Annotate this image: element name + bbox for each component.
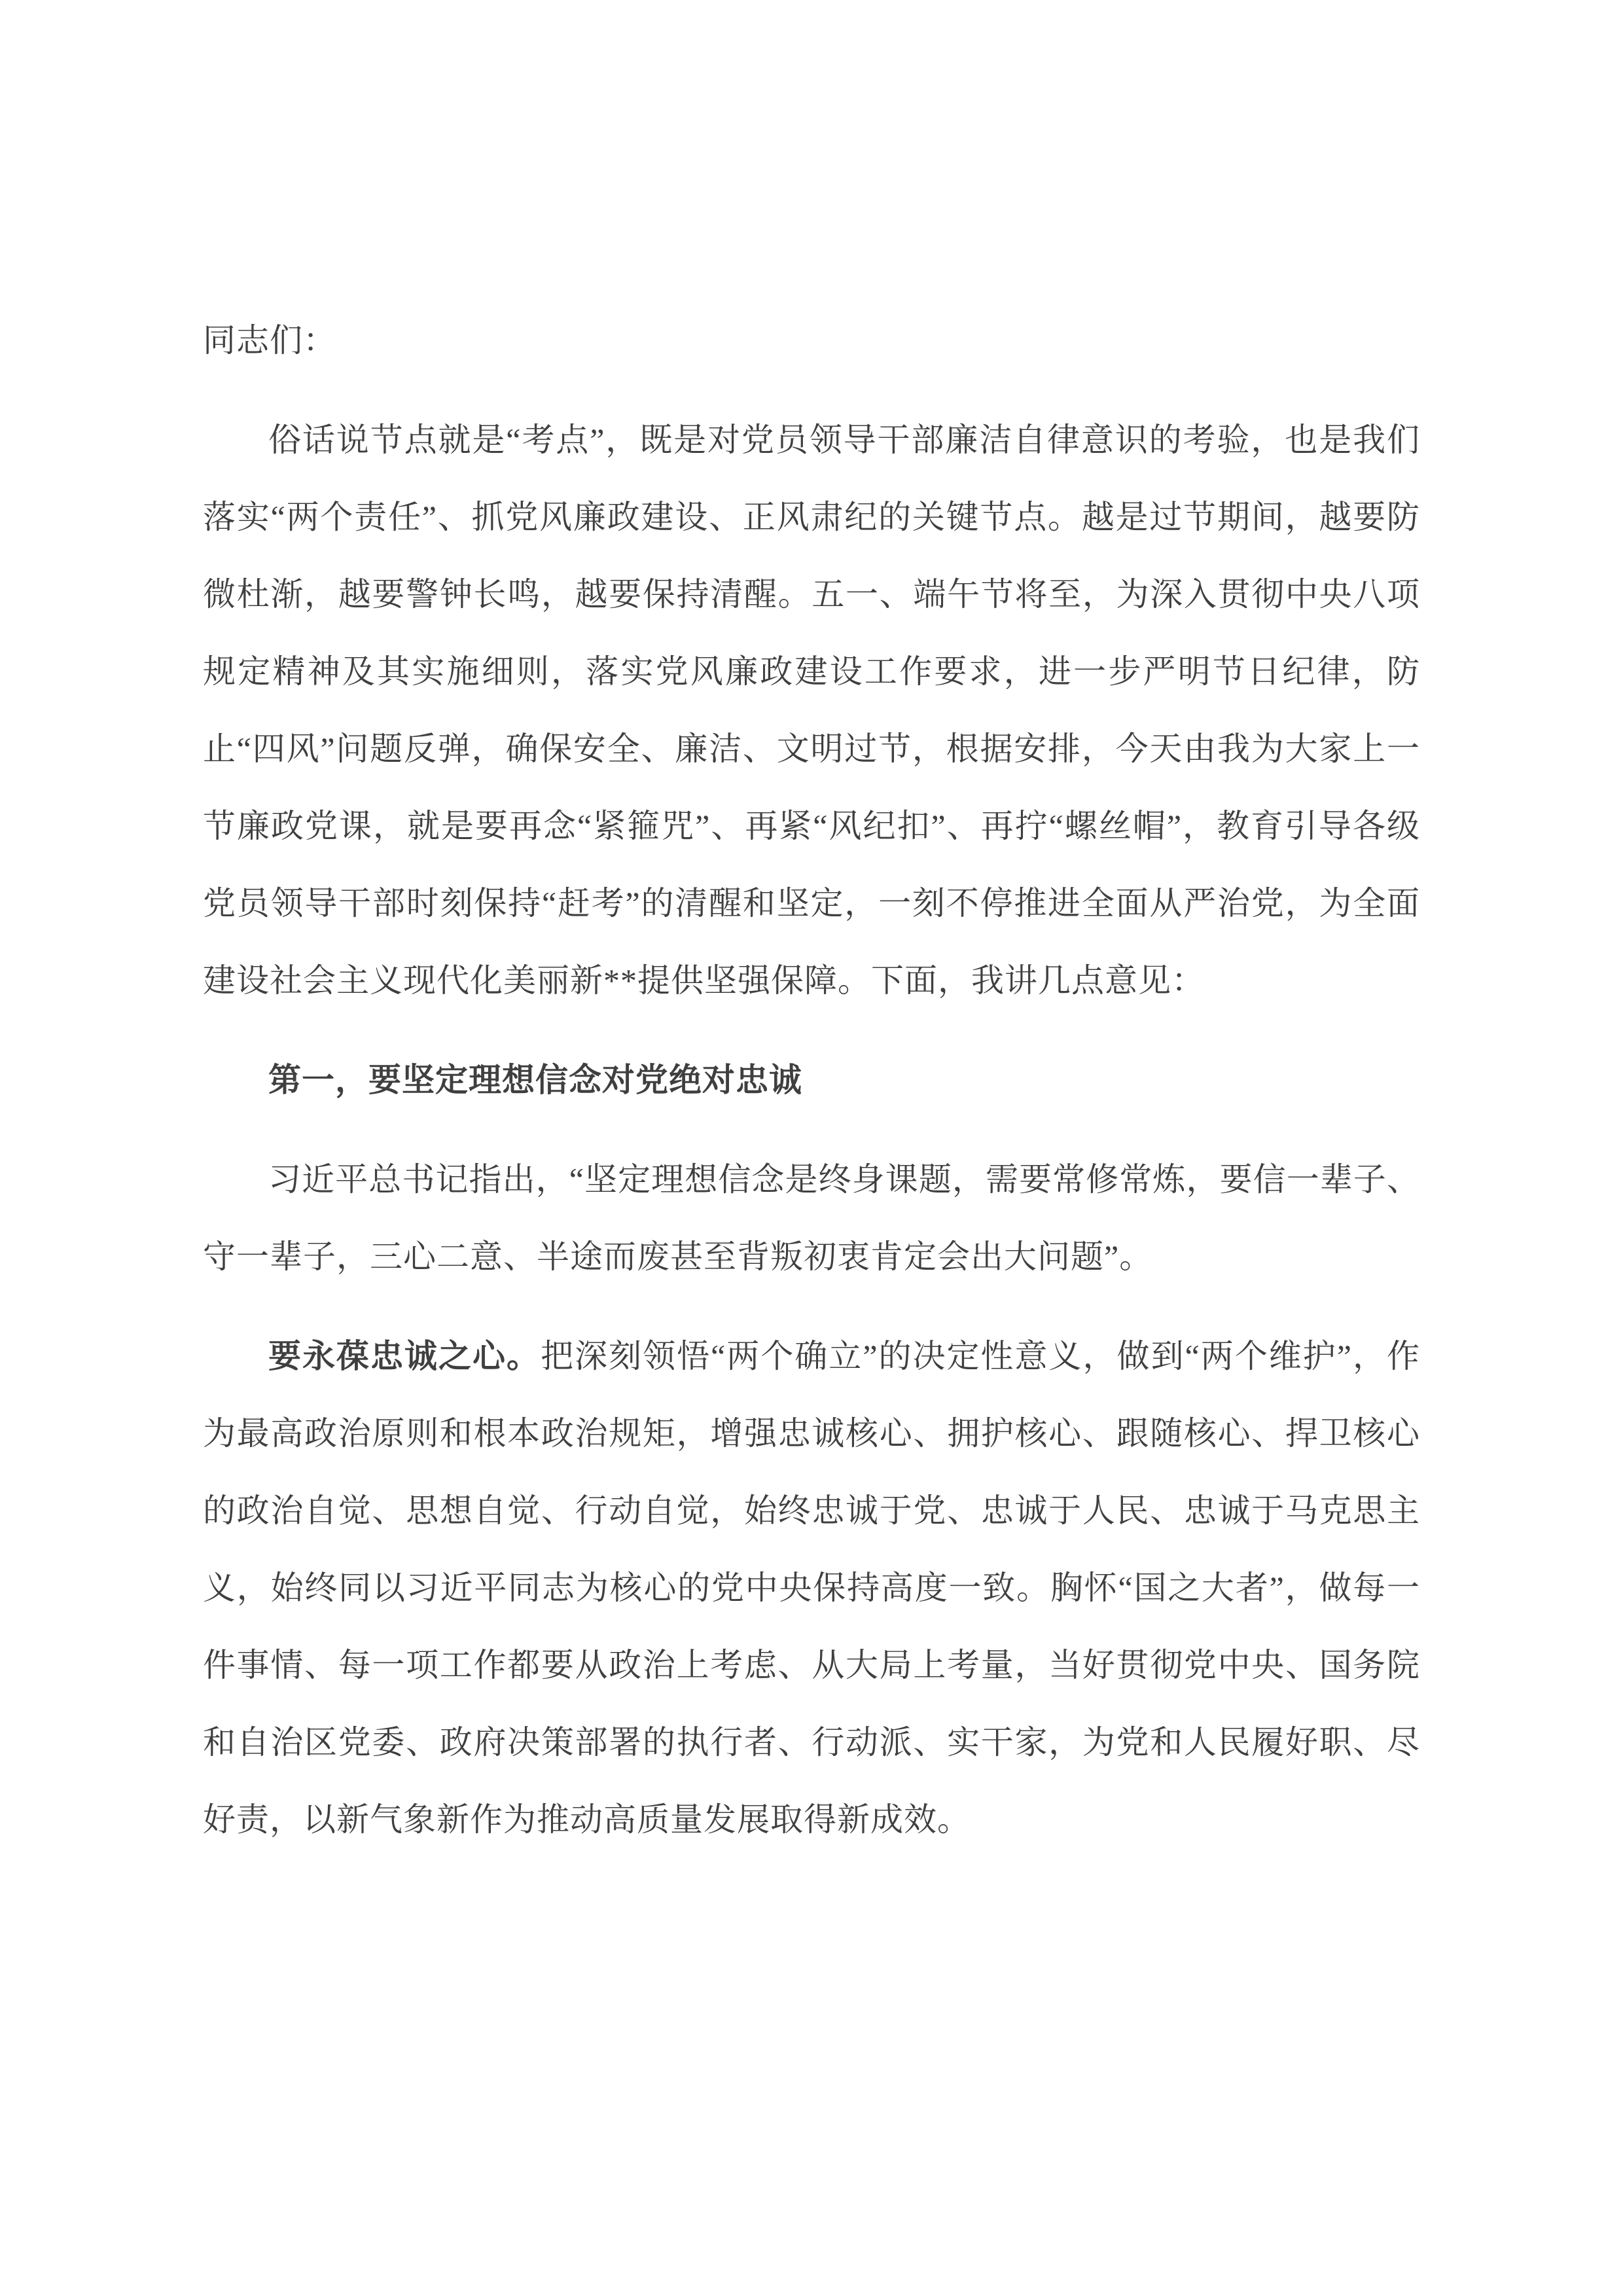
section-heading: 第一，要坚定理想信念对党绝对忠诚 bbox=[203, 1041, 1420, 1119]
loyalty-paragraph-text: 把深刻领悟“两个确立”的决定性意义，做到“两个维护”，作为最高政治原则和根本政治… bbox=[203, 1338, 1420, 1838]
document-page: 同志们： 俗话说节点就是“考点”，既是对党员领导干部廉洁自律意识的考验，也是我们… bbox=[0, 0, 1623, 2296]
salutation: 同志们： bbox=[203, 302, 1420, 379]
intro-paragraph: 俗话说节点就是“考点”，既是对党员领导干部廉洁自律意识的考验，也是我们落实“两个… bbox=[203, 401, 1420, 1019]
quote-paragraph: 习近平总书记指出，“坚定理想信念是终身课题，需要常修常炼，要信一辈子、守一辈子，… bbox=[203, 1141, 1420, 1295]
document-body: 同志们： 俗话说节点就是“考点”，既是对党员领导干部廉洁自律意识的考验，也是我们… bbox=[203, 302, 1420, 1880]
loyalty-paragraph-lead: 要永葆忠诚之心。 bbox=[268, 1338, 541, 1374]
loyalty-paragraph: 要永葆忠诚之心。把深刻领悟“两个确立”的决定性意义，做到“两个维护”，作为最高政… bbox=[203, 1318, 1420, 1858]
